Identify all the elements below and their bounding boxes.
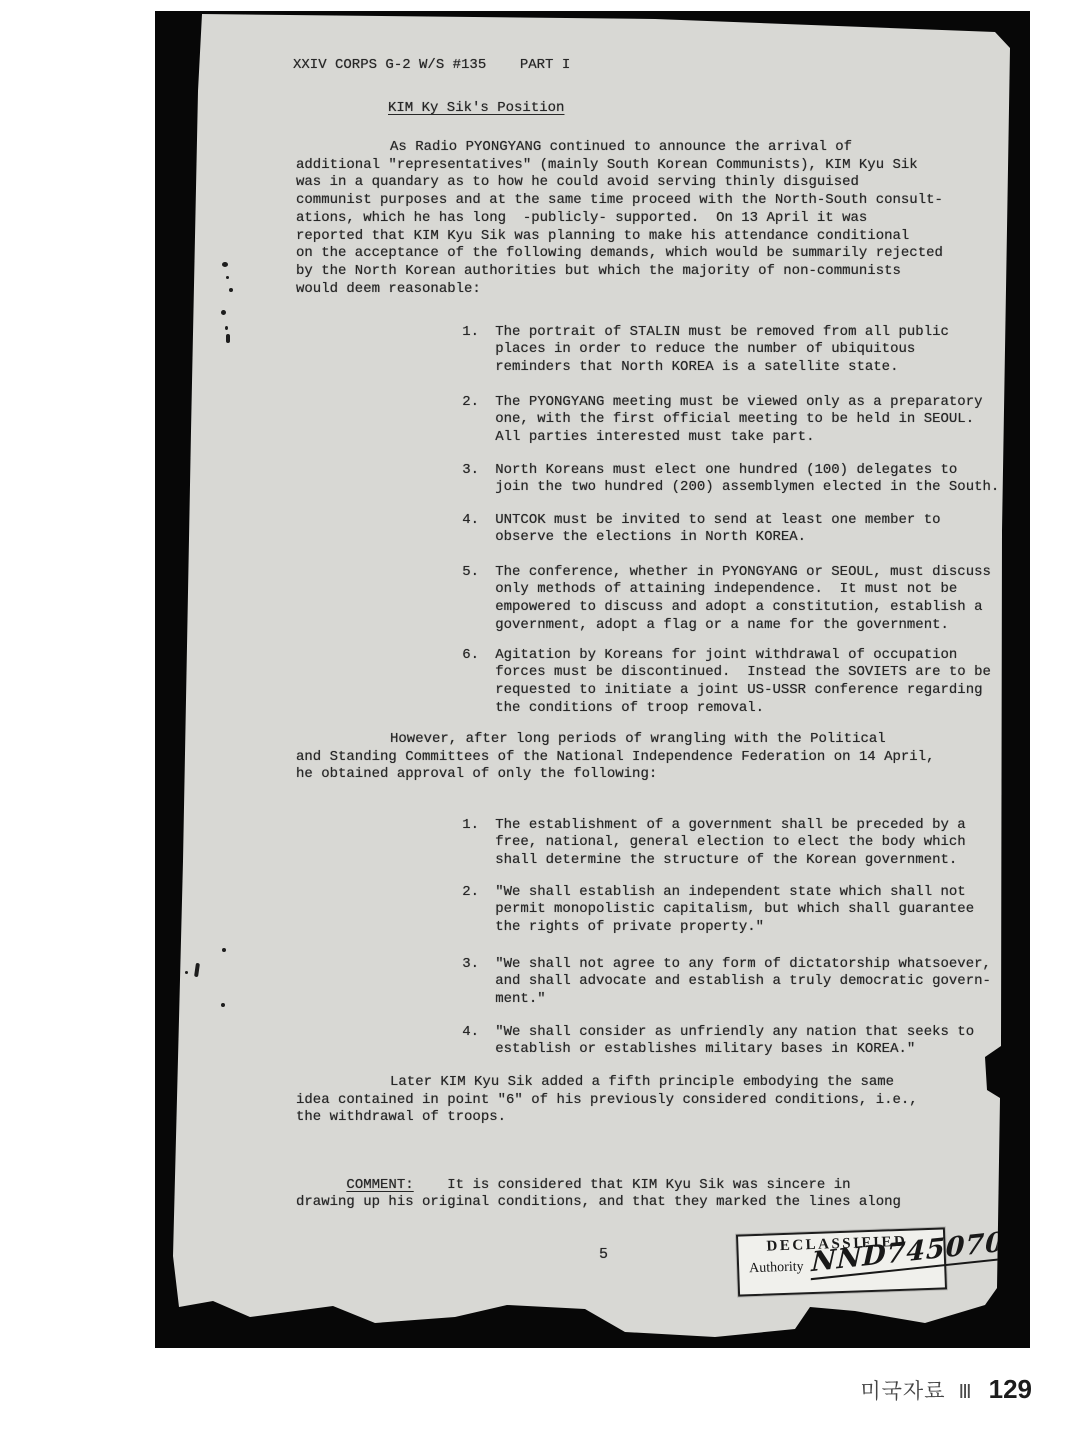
ink-speck [222, 948, 226, 952]
scanned-document: XXIV CORPS G-2 W/S #135 PART I KIM Ky Si… [155, 11, 1030, 1348]
caption-page-number: 129 [989, 1374, 1032, 1405]
page-number: 5 [599, 1246, 608, 1264]
ink-speck [226, 334, 230, 343]
stamp-authority-label: Authority [749, 1259, 804, 1277]
list-item-number: 3. [462, 956, 495, 974]
comment-label: COMMENT: [346, 1177, 413, 1193]
ink-speck [221, 1003, 225, 1007]
list-item-number: 1. [462, 324, 495, 342]
list-item-number: 2. [462, 394, 495, 412]
list-item: 4."We shall consider as unfriendly any n… [395, 1006, 974, 1077]
list-item-text: The establishment of a government shall … [495, 817, 965, 870]
list-item-number: 2. [462, 884, 495, 902]
ink-speck [229, 288, 233, 292]
closing-paragraph: Later KIM Kyu Sik added a fifth principl… [296, 1074, 961, 1127]
ink-speck [221, 310, 226, 315]
list-item-text: The PYONGYANG meeting must be viewed onl… [495, 394, 982, 447]
document-title: KIM Ky Sik's Position [388, 100, 564, 118]
caption-volume: Ⅲ [959, 1381, 972, 1404]
book-caption: 미국자료 Ⅲ 129 [860, 1374, 1032, 1405]
list-item-number: 1. [462, 817, 495, 835]
caption-series: 미국자료 [860, 1375, 945, 1405]
list-item-number: 4. [462, 512, 495, 530]
list-item-number: 4. [462, 1024, 495, 1042]
list-item-number: 3. [462, 462, 495, 480]
list-item: 6.Agitation by Koreans for joint withdra… [395, 629, 991, 735]
ink-speck [225, 326, 228, 330]
ink-speck [222, 262, 228, 267]
list-item-text: The conference, whether in PYONGYANG or … [495, 564, 991, 635]
list-item-text: "We shall establish an independent state… [495, 884, 974, 937]
intro-paragraph: As Radio PYONGYANG continued to announce… [296, 139, 961, 298]
document-header: XXIV CORPS G-2 W/S #135 PART I [293, 57, 570, 75]
list-item-text: UNTCOK must be invited to send at least … [495, 512, 940, 547]
ink-speck [185, 971, 188, 974]
list-item-text: Agitation by Koreans for joint withdrawa… [495, 647, 991, 718]
document-paper: XXIV CORPS G-2 W/S #135 PART I KIM Ky Si… [155, 11, 1030, 1348]
list-item-text: "We shall not agree to any form of dicta… [495, 956, 991, 1009]
list-item-text: North Koreans must elect one hundred (10… [495, 462, 999, 497]
ink-speck [194, 963, 200, 977]
ink-speck [226, 276, 229, 279]
declassified-stamp: DECLASSIFIED Authority NND745070 [736, 1227, 947, 1296]
comment-paragraph: COMMENT: It is considered that KIM Kyu S… [296, 1159, 961, 1230]
list-item-text: The portrait of STALIN must be removed f… [495, 324, 949, 377]
list-item-text: "We shall consider as unfriendly any nat… [495, 1024, 974, 1059]
approval-paragraph: However, after long periods of wrangling… [296, 731, 961, 784]
list-item-number: 6. [462, 647, 495, 665]
list-item-number: 5. [462, 564, 495, 582]
